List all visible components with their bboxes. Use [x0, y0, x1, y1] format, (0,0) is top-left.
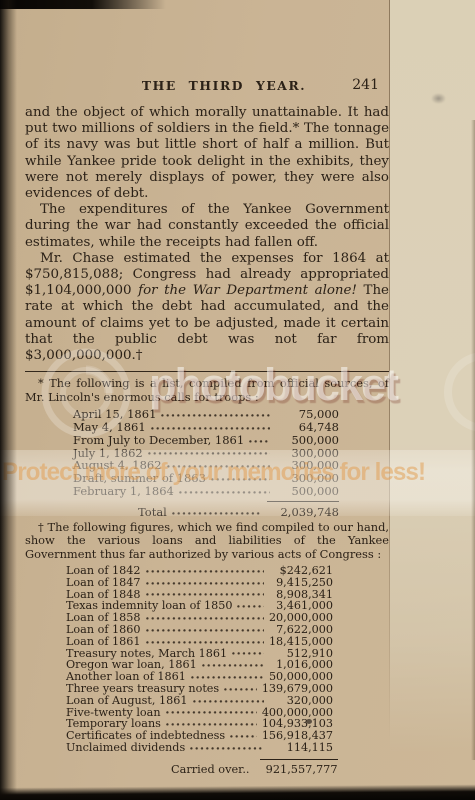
table-row: April 15, 1861 75,000 [25, 406, 389, 419]
paragraph: and the object of which morally unattain… [25, 105, 389, 202]
dot-leader [151, 427, 270, 430]
troop-calls-table: April 15, 1861 75,000 May 4, 1861 64,748… [25, 406, 389, 496]
dot-leader [146, 593, 265, 596]
carried-over-amount: 921,557,777 [260, 759, 338, 778]
table-row: May 4, 1861 64,748 [25, 419, 389, 432]
table-row: Draft, summer of 1863 300,000 [25, 470, 389, 483]
paragraph: Mr. Chase estimated the expenses for 186… [25, 251, 389, 364]
dot-leader [179, 491, 270, 494]
dot-leader [148, 452, 270, 455]
table-row: Certificates of indebtedness 156,918,437 [25, 728, 389, 740]
row-label: Unclaimed dividends [66, 740, 185, 756]
loans-table: Loan of 1842 $242,621 Loan of 1847 9,415… [25, 563, 389, 752]
table-row: Five-twenty loan 400,000,000 [25, 705, 389, 717]
table-row: Loan of 1848 8,908,341 [25, 587, 389, 599]
dot-leader [146, 629, 265, 632]
carried-over-label: Carried over.. [171, 762, 250, 778]
dot-leader [230, 735, 257, 738]
page-smudge [431, 93, 446, 104]
page-edge-crease [389, 0, 390, 740]
row-amount: 114,115 [269, 740, 333, 756]
dot-leader [193, 700, 264, 703]
dot-leader [146, 570, 265, 573]
footnote-marker: * [38, 376, 44, 390]
table-row: Three years treasury notes 139,679,000 [25, 681, 389, 693]
scan-edge-right [471, 120, 475, 760]
table-row: Another loan of 1861 50,000,000 [25, 669, 389, 681]
dot-leader [191, 676, 264, 679]
scan-edge-bottom [0, 784, 475, 800]
table-row: From July to December, 1861 500,000 [25, 432, 389, 445]
table-row: Loan of 1860 7,622,000 [25, 622, 389, 634]
dot-leader [172, 512, 262, 515]
dot-leader [166, 723, 257, 726]
row-label: February 1, 1864 [73, 483, 174, 499]
scanned-book-page-photo: THE THIRD YEAR. 241 and the object of wh… [0, 0, 475, 800]
table-row: August 4, 1862 300,000 [25, 457, 389, 470]
dot-leader [237, 605, 264, 608]
scan-edge-left [0, 0, 17, 800]
dot-leader [224, 688, 257, 691]
page-number: 241 [352, 77, 379, 93]
table-row: February 1, 1864 500,000 [25, 483, 389, 496]
body-text: and the object of which morally unattain… [25, 105, 389, 364]
dot-leader [211, 478, 270, 481]
row-amount: 500,000 [275, 483, 339, 499]
footnote-text: The following is a list, compiled from o… [25, 376, 389, 403]
running-title: THE THIRD YEAR. [142, 78, 306, 94]
table-row: Loan of 1847 9,415,250 [25, 575, 389, 587]
italic-phrase: for the War Department alone! [138, 283, 357, 298]
page-speck [306, 719, 312, 724]
table-row: Temporary loans 104,933,103 [25, 716, 389, 728]
total-amount: 2,039,748 [267, 501, 339, 520]
footnote-text: The following figures, which we find com… [25, 520, 389, 561]
footnote-divider [25, 371, 389, 372]
total-label: Total [138, 504, 167, 520]
loans-carried-over-row: Carried over.. 921,557,777 [25, 759, 389, 775]
dot-leader [166, 711, 257, 714]
dot-leader [161, 414, 270, 417]
paragraph: The expenditures of the Yankee Governmen… [25, 202, 389, 251]
dot-leader [146, 582, 265, 585]
footnote-star: * The following is a list, compiled from… [25, 377, 389, 404]
dot-leader [232, 652, 264, 655]
page-header: THE THIRD YEAR. 241 [25, 78, 389, 105]
dot-leader [190, 747, 264, 750]
table-row: Loan of 1861 18,415,000 [25, 634, 389, 646]
footnote-marker: † [38, 520, 44, 534]
troop-calls-total-row: Total 2,039,748 [25, 501, 389, 517]
table-row: Loan of 1842 $242,621 [25, 563, 389, 575]
footnote-dagger: † The following figures, which we find c… [25, 521, 389, 561]
dot-leader [167, 465, 270, 468]
dot-leader [249, 440, 270, 443]
page-content: THE THIRD YEAR. 241 and the object of wh… [25, 78, 389, 775]
dot-leader [202, 664, 264, 667]
table-row: Treasury notes, March 1861 512,910 [25, 646, 389, 658]
page-edge-shading [390, 0, 475, 800]
table-row: Texas indemnity loan of 1850 3,461,000 [25, 598, 389, 610]
dot-leader [146, 617, 264, 620]
dot-leader [146, 641, 264, 644]
scan-edge-top [0, 0, 230, 9]
